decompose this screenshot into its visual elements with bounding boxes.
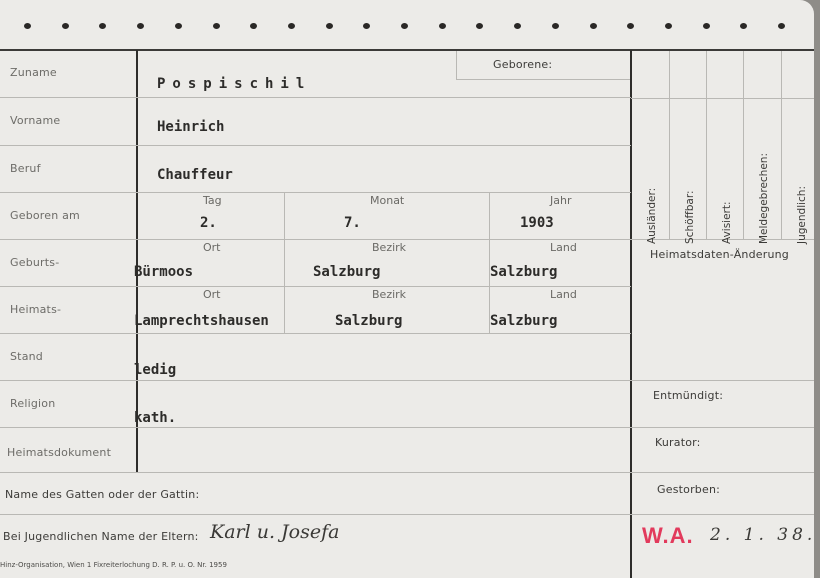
value-geburts-bezirk: Salzburg (313, 264, 380, 280)
label-vorname: Vorname (10, 114, 60, 127)
value-date: 2. 1. 38. (710, 525, 814, 545)
label-geburts-bezirk: Bezirk (372, 241, 406, 254)
punch-holes (0, 18, 814, 34)
punch-hole (703, 23, 710, 29)
printer-imprint: Hinz-Organisation, Wien 1 Fixreiterlochu… (0, 561, 227, 569)
label-divider (136, 50, 138, 472)
punch-hole (590, 23, 597, 29)
label-entmuendigt: Entmündigt: (653, 389, 723, 402)
punch-hole (24, 23, 31, 29)
punch-hole (137, 23, 144, 29)
label-jahr: Jahr (550, 194, 571, 207)
value-eltern: Karl u. Josefa (210, 521, 339, 543)
value-monat: 7. (344, 215, 361, 231)
label-avisiert: Avisiert: (721, 201, 733, 244)
label-beruf: Beruf (10, 162, 41, 175)
label-geburts-land: Land (550, 241, 577, 254)
label-monat: Monat (370, 194, 404, 207)
punch-hole (363, 23, 370, 29)
punch-hole (778, 23, 785, 29)
label-heimats-bezirk: Bezirk (372, 288, 406, 301)
label-stand: Stand (10, 350, 43, 363)
label-auslaender: Ausländer: (646, 188, 658, 244)
punch-hole (213, 23, 220, 29)
value-heimats-bezirk: Salzburg (335, 313, 402, 329)
label-geburts: Geburts- (10, 256, 59, 269)
punch-hole (62, 23, 69, 29)
punch-hole (401, 23, 408, 29)
punch-hole (514, 23, 521, 29)
punch-hole (439, 23, 446, 29)
value-stand: ledig (134, 362, 176, 378)
label-eltern: Bei Jugendlichen Name der Eltern: (3, 530, 199, 543)
label-geboren-am: Geboren am (10, 209, 80, 222)
label-heimats-ort: Ort (203, 288, 221, 301)
punch-hole (627, 23, 634, 29)
label-heimatsdaten-aenderung: Heimatsdaten-Änderung (650, 248, 789, 261)
punch-hole (288, 23, 295, 29)
value-heimats-ort: Lamprechtshausen (134, 313, 269, 329)
registration-card: Zuname Vorname Beruf Geboren am Geburts-… (0, 0, 814, 578)
value-religion: kath. (134, 410, 176, 426)
label-tag: Tag (203, 194, 222, 207)
value-jahr: 1903 (520, 215, 554, 231)
label-religion: Religion (10, 397, 55, 410)
label-jugendlich: Jugendlich: (796, 186, 808, 244)
stamp-wa: W.A. (642, 523, 694, 549)
label-schoeffbar: Schöffbar: (684, 190, 696, 244)
label-geburts-ort: Ort (203, 241, 221, 254)
punch-hole (326, 23, 333, 29)
label-geborene: Geborene: (493, 58, 552, 71)
label-gestorben: Gestorben: (657, 483, 720, 496)
value-geburts-ort: Bürmoos (134, 264, 193, 280)
label-heimatsdokument: Heimatsdokument (7, 446, 111, 459)
punch-hole (476, 23, 483, 29)
label-zuname: Zuname (10, 66, 57, 79)
punch-hole (250, 23, 257, 29)
label-heimats: Heimats- (10, 303, 61, 316)
punch-hole (740, 23, 747, 29)
value-vorname: Heinrich (157, 119, 224, 135)
punch-hole (665, 23, 672, 29)
value-heimats-land: Salzburg (490, 313, 557, 329)
label-meldegebrechen: Meldegebrechen: (758, 153, 770, 244)
punch-hole (552, 23, 559, 29)
value-zuname: Pospischil (157, 76, 311, 92)
top-border (0, 49, 814, 51)
label-kurator: Kurator: (655, 436, 701, 449)
side-divider (630, 50, 632, 578)
value-geburts-land: Salzburg (490, 264, 557, 280)
label-heimats-land: Land (550, 288, 577, 301)
punch-hole (99, 23, 106, 29)
value-beruf: Chauffeur (157, 167, 233, 183)
label-gatte: Name des Gatten oder der Gattin: (5, 488, 199, 501)
punch-hole (175, 23, 182, 29)
value-tag: 2. (200, 215, 217, 231)
